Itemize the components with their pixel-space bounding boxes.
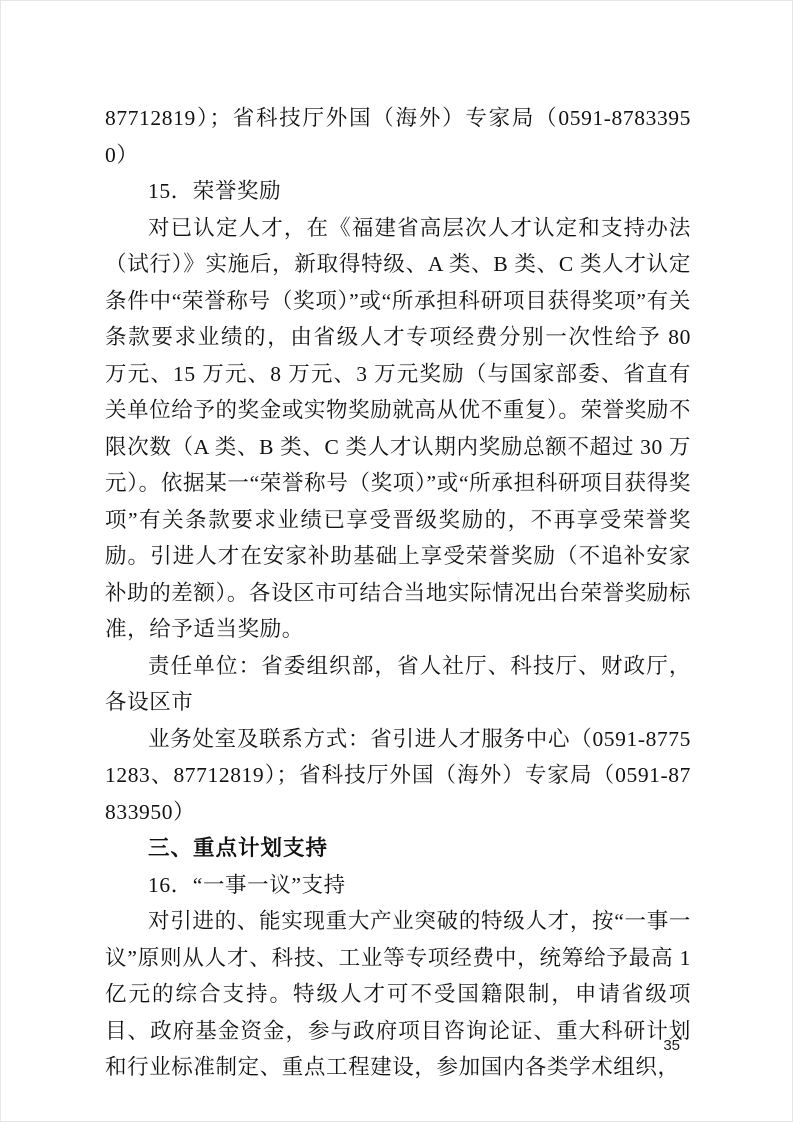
document-page: 87712819）；省科技厅外国（海外）专家局（0591-87833950） 1… — [0, 0, 793, 1122]
page-number: 35 — [663, 1036, 680, 1056]
paragraph-contact-info: 业务处室及联系方式：省引进人才服务中心（0591-87751283、877128… — [105, 721, 691, 831]
chapter-3-heading: 三、重点计划支持 — [105, 830, 691, 867]
paragraph-responsible-units: 责任单位：省委组织部，省人社厅、科技厅、财政厅，各设区市 — [105, 648, 691, 721]
section-16-heading: 16．“一事一议”支持 — [105, 867, 691, 904]
paragraph-honor-reward-policy: 对已认定人才，在《福建省高层次人才认定和支持办法（试行）》实施后，新取得特级、A… — [105, 210, 691, 648]
continuation-line-contact: 87712819）；省科技厅外国（海外）专家局（0591-87833950） — [105, 100, 691, 173]
section-15-heading: 15．荣誉奖励 — [105, 173, 691, 210]
paragraph-one-case-one-discussion: 对引进的、能实现重大产业突破的特级人才，按“一事一议”原则从人才、科技、工业等专… — [105, 903, 691, 1086]
text-block: 87712819）；省科技厅外国（海外）专家局（0591-87833950） 1… — [105, 100, 691, 1086]
